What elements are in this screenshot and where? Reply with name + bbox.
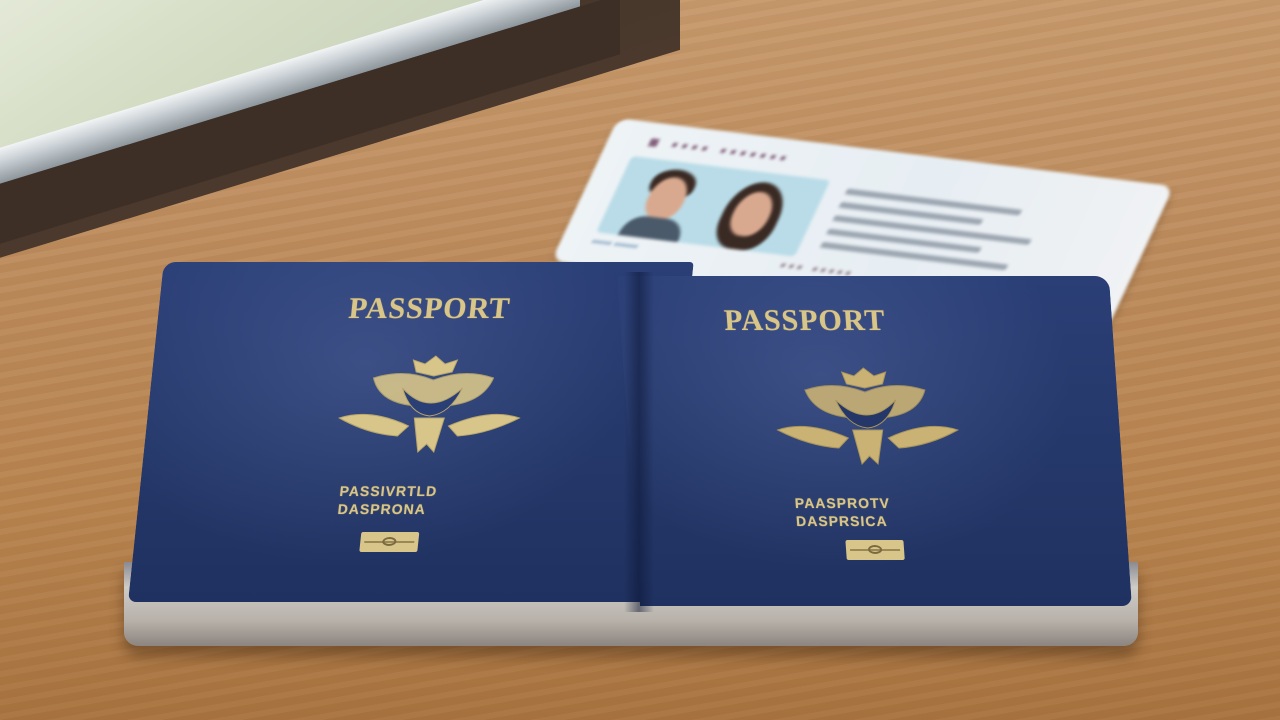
eagle-emblem-icon — [763, 360, 971, 470]
passport-cover-right: PASSPORT PAASPROTV DASPRSICA — [617, 276, 1132, 606]
photo-scene: ■ ▪▪▪▪ ▪▪▪▪▪▪▪ ▪▪▪▪▪ ▪▪▪▪▪▪ ▪▪▪ ▪▪▪▪▪ PA… — [0, 0, 1280, 720]
passport-spine — [624, 272, 654, 612]
eagle-emblem-icon — [325, 348, 537, 458]
man-shirt — [618, 214, 687, 242]
biometric-chip-icon — [359, 532, 419, 552]
passport-title: PASSPORT — [347, 292, 512, 326]
biometric-chip-icon — [845, 540, 904, 560]
passport-subtitle-1: PASSIVRTLD — [339, 482, 439, 500]
passport-subtitle-2: DASPRONA — [337, 500, 427, 518]
passport-cover-left: PASSPORT PASSIVRTLD DASPRONA — [128, 262, 694, 602]
passport-title: PASSPORT — [723, 304, 887, 338]
id-card-caption: ▪▪▪▪▪ ▪▪▪▪▪▪ — [589, 236, 640, 253]
passport-subtitle-2: DASPRSICA — [795, 512, 888, 530]
passport-subtitle-1: PAASPROTV — [794, 494, 890, 512]
open-passport: PASSPORT PASSIVRTLD DASPRONA PASSPORT — [124, 262, 1138, 646]
